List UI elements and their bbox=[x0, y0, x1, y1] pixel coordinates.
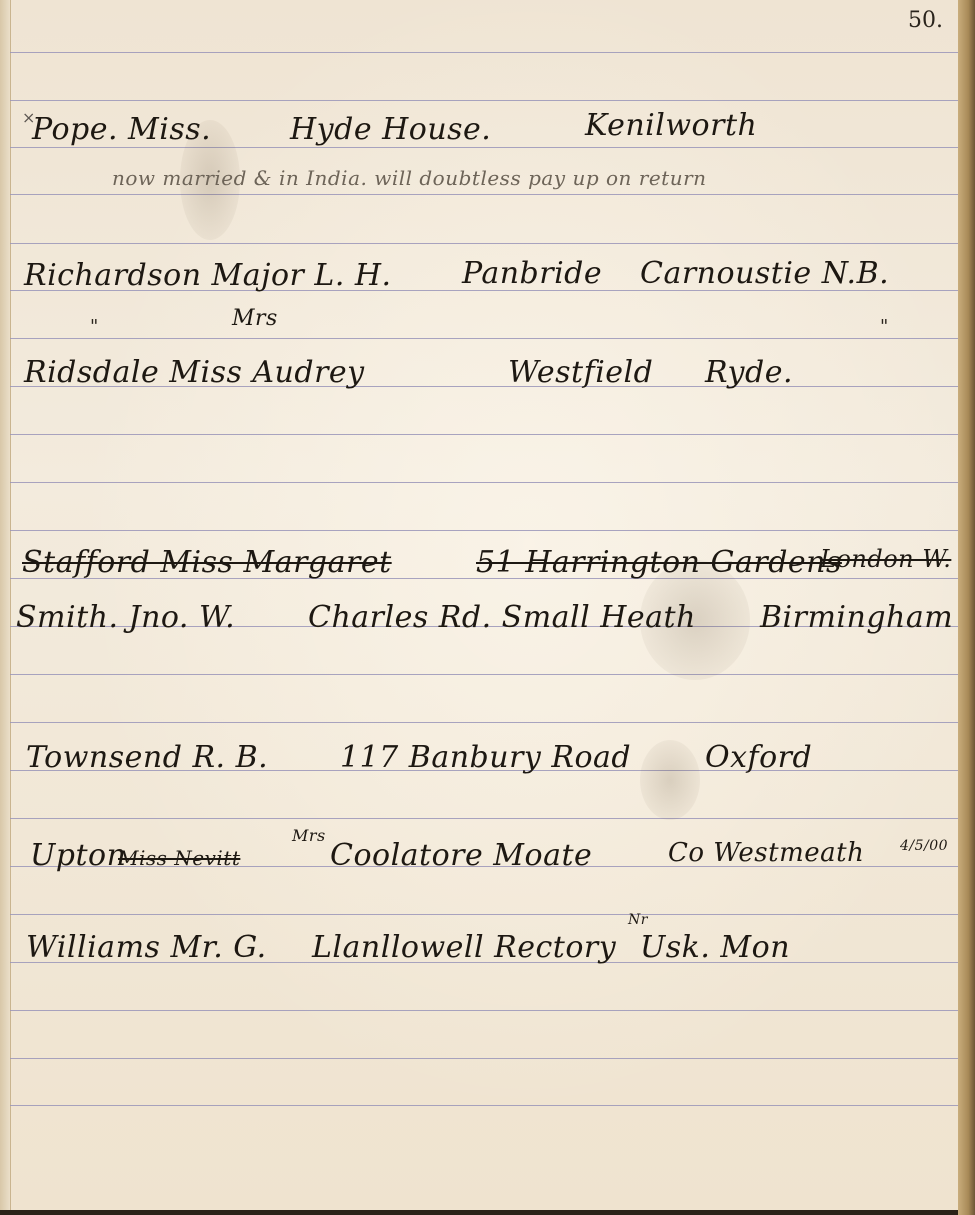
ruled-line bbox=[10, 1058, 960, 1059]
entry-name: Ridsdale Miss Audrey bbox=[24, 355, 365, 390]
ditto-mark: " bbox=[90, 316, 98, 337]
ruled-line bbox=[10, 722, 960, 723]
entry-name: Smith. Jno. W. bbox=[16, 600, 235, 635]
entry-title-above: Mrs bbox=[232, 306, 278, 331]
ruled-line bbox=[10, 338, 960, 339]
entry-address: Coolatore Moate bbox=[330, 838, 592, 873]
entry-address-sup: Nr bbox=[628, 912, 648, 928]
entry-address: Hyde House. bbox=[290, 112, 491, 147]
ruled-line bbox=[10, 52, 960, 53]
ruled-line bbox=[10, 243, 960, 244]
entry-town-struck: London W. bbox=[820, 545, 951, 573]
ruled-line bbox=[10, 1010, 960, 1011]
ruled-line bbox=[10, 100, 960, 101]
entry-address: Panbride bbox=[462, 256, 602, 291]
ruled-line bbox=[10, 434, 960, 435]
entry-date: 4/5/00 bbox=[900, 838, 948, 854]
ruled-line bbox=[10, 530, 960, 531]
entry-address: Llanllowell Rectory bbox=[312, 930, 616, 965]
page-number: 50. bbox=[908, 8, 943, 33]
entry-town: Birmingham bbox=[760, 600, 953, 635]
ruled-line bbox=[10, 818, 960, 819]
entry-address: 117 Banbury Road bbox=[340, 740, 631, 775]
entry-address: Westfield bbox=[508, 355, 653, 390]
entry-town: Kenilworth bbox=[585, 108, 757, 143]
ruled-line bbox=[10, 482, 960, 483]
entry-note: now married & in India. will doubtless p… bbox=[112, 166, 707, 190]
page-binding bbox=[0, 0, 11, 1210]
paper-stain bbox=[640, 740, 700, 820]
ruled-line bbox=[10, 674, 960, 675]
ledger-page: 50. × Pope. Miss. Hyde House. Kenilworth… bbox=[0, 0, 964, 1210]
entry-address-struck: 51 Harrington Gardens bbox=[476, 545, 842, 580]
ruled-line bbox=[10, 194, 960, 195]
entry-name-struck: Stafford Miss Margaret bbox=[22, 545, 392, 580]
entry-name: Williams Mr. G. bbox=[26, 930, 267, 965]
entry-title-above: Mrs bbox=[292, 826, 326, 845]
entry-name: Richardson Major L. H. bbox=[24, 258, 392, 293]
entry-town: Co Westmeath bbox=[668, 838, 864, 868]
entry-town: Usk. Mon bbox=[640, 930, 790, 965]
entry-address: Charles Rd. Small Heath bbox=[308, 600, 696, 635]
entry-town: Carnoustie N.B. bbox=[640, 256, 889, 291]
ruled-line bbox=[10, 914, 960, 915]
entry-town: Ryde. bbox=[705, 355, 793, 390]
entry-name: Upton bbox=[30, 838, 126, 873]
book-edge bbox=[958, 0, 975, 1215]
entry-town: Oxford bbox=[705, 740, 812, 775]
ruled-line bbox=[10, 1105, 960, 1106]
entry-title-struck: Miss Nevitt bbox=[118, 846, 240, 870]
entry-name: Townsend R. B. bbox=[26, 740, 268, 775]
ditto-mark: " bbox=[880, 316, 888, 337]
entry-name: Pope. Miss. bbox=[32, 112, 211, 147]
ruled-line bbox=[10, 147, 960, 148]
